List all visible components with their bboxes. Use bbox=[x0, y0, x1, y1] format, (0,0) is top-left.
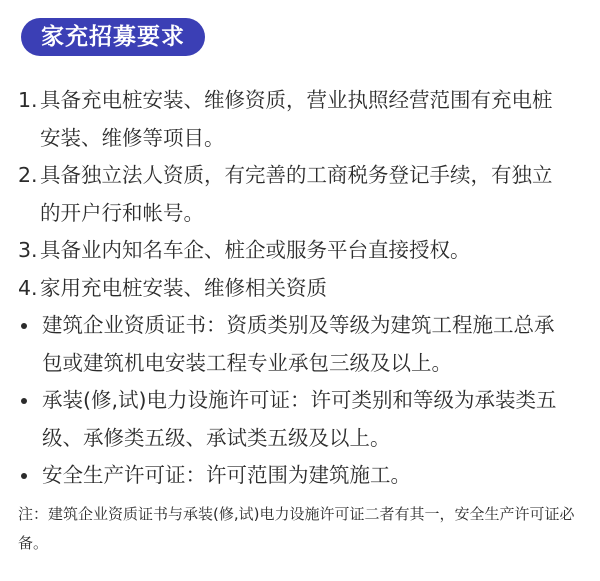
requirements-list: 1. 具备充电桩安装、维修资质，营业执照经营范围有充电桩安装、维修等项目。 2.… bbox=[0, 82, 600, 495]
item-text: 承装(修,试)电力设施许可证：许可类别和等级为承装类五级、承修类五级、承试类五级… bbox=[42, 388, 557, 450]
bullet-dot-icon bbox=[21, 473, 27, 479]
item-number: 4. bbox=[18, 270, 40, 308]
item-number: 3. bbox=[18, 232, 40, 270]
requirement-item-2: 2. 具备独立法人资质，有完善的工商税务登记手续，有独立的开户行和帐号。 bbox=[0, 157, 600, 232]
requirement-item-1: 1. 具备充电桩安装、维修资质，营业执照经营范围有充电桩安装、维修等项目。 bbox=[0, 82, 600, 157]
item-number: 1. bbox=[18, 82, 40, 120]
item-number: 2. bbox=[18, 157, 40, 195]
qualification-item-2: 承装(修,试)电力设施许可证：许可类别和等级为承装类五级、承修类五级、承试类五级… bbox=[0, 382, 600, 457]
title-badge: 家充招募要求 bbox=[21, 18, 205, 56]
item-text: 家用充电桩安装、维修相关资质 bbox=[40, 276, 327, 300]
item-text: 具备充电桩安装、维修资质，营业执照经营范围有充电桩安装、维修等项目。 bbox=[40, 88, 553, 150]
bullet-dot-icon bbox=[21, 398, 27, 404]
requirement-item-3: 3. 具备业内知名车企、桩企或服务平台直接授权。 bbox=[0, 232, 600, 270]
bullet-dot-icon bbox=[21, 323, 27, 329]
item-text: 建筑企业资质证书：资质类别及等级为建筑工程施工总承包或建筑机电安装工程专业承包三… bbox=[42, 313, 555, 375]
item-text: 安全生产许可证：许可范围为建筑施工。 bbox=[42, 463, 411, 487]
qualification-item-3: 安全生产许可证：许可范围为建筑施工。 bbox=[0, 457, 600, 495]
item-text: 具备业内知名车企、桩企或服务平台直接授权。 bbox=[40, 238, 471, 262]
item-text: 具备独立法人资质，有完善的工商税务登记手续，有独立的开户行和帐号。 bbox=[40, 163, 553, 225]
footnote: 注：建筑企业资质证书与承装(修,试)电力设施许可证二者有其一，安全生产许可证必备… bbox=[18, 500, 578, 558]
qualification-item-1: 建筑企业资质证书：资质类别及等级为建筑工程施工总承包或建筑机电安装工程专业承包三… bbox=[0, 307, 600, 382]
requirement-item-4: 4. 家用充电桩安装、维修相关资质 bbox=[0, 270, 600, 308]
